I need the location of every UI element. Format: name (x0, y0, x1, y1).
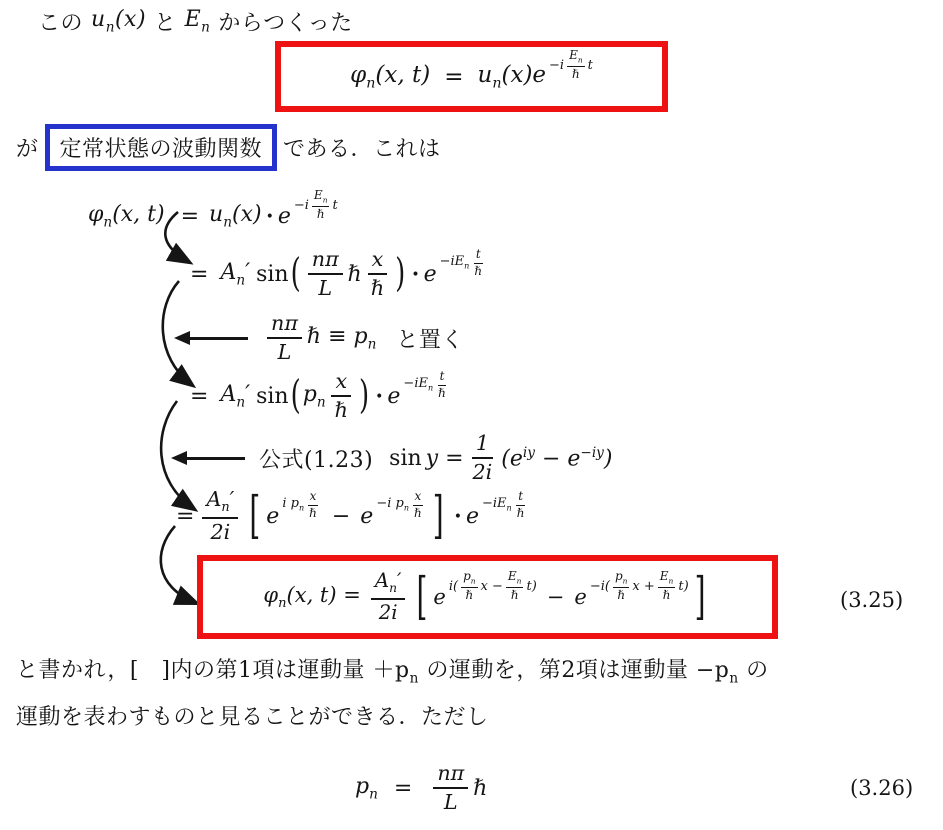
eq-lhs: φn(x, t) = (263, 583, 360, 611)
paragraph-line-2: 運動を表わすものと見ることができる．ただし (16, 700, 489, 731)
sin-function: sin (256, 384, 289, 409)
exp-prefix: −iEn (403, 377, 433, 393)
intro-text: この (38, 6, 83, 37)
right-bracket: ] (695, 566, 706, 625)
exp-prefix: −iEn (482, 497, 512, 513)
hbar-symbol: ℏ (348, 262, 362, 287)
hbar-symbol: ℏ (473, 776, 487, 801)
euler-e: e (278, 204, 291, 229)
exp-prefix: −iEn (440, 255, 470, 271)
derivation-line-2: = An′ sin ( nπ L ℏ x ℏ ) • e −iEn t ℏ (190, 248, 487, 300)
euler-e: e (574, 585, 586, 609)
exp-prefix: −i (294, 199, 309, 212)
fraction-numerator: En (312, 189, 330, 207)
fraction-numerator: x (413, 490, 424, 505)
right-paren: ) (395, 252, 405, 297)
highlight-box-term: 定常状態の波動関数 (45, 124, 278, 171)
fraction: t ℏ (436, 370, 448, 400)
equals-sign: = (190, 262, 208, 287)
exponent: −iEn t ℏ (403, 370, 450, 400)
fraction: x ℏ (307, 490, 319, 520)
fraction-numerator: nπ (433, 762, 468, 789)
fraction-numerator: x (308, 490, 319, 505)
definition-line: が 定常状態の波動関数 である．これは (16, 124, 441, 171)
derivation-line-4: = An′ 2i [ e i pn x ℏ − e −i pn x ℏ (176, 488, 529, 545)
exp-suffix: t (588, 59, 593, 72)
intro-text: と (154, 6, 177, 37)
fraction-denominator: ℏ (412, 506, 424, 520)
exponent: −i( pn ℏ x + En ℏ t) (590, 570, 689, 602)
formula-rhs: (eiy − e−iy) (501, 445, 612, 471)
fraction-denominator: 2i (469, 459, 497, 484)
formula-lhs: y = (426, 446, 464, 471)
math-En: En (185, 7, 211, 35)
fraction-numerator: En (658, 570, 676, 588)
fraction: An′ 2i (202, 488, 238, 545)
sin-function: sin (256, 262, 289, 287)
definition-post: である．これは (283, 132, 441, 163)
equals-sign: = (394, 776, 412, 801)
fraction-numerator: En (567, 49, 585, 67)
intro-text: からつくった (218, 6, 352, 37)
fraction-denominator: ℏ (463, 588, 475, 602)
fraction-numerator: nπ (267, 312, 302, 339)
fraction-denominator: ℏ (472, 264, 484, 278)
equation-stationary-state: φn(x, t) = un(x)e −i En ℏ t (350, 60, 593, 92)
exp-suffix: t) (526, 580, 536, 593)
exponent: −i En ℏ t (294, 189, 338, 221)
highlight-box-stationary-wavefunction: φn(x, t) = un(x)e −i En ℏ t (275, 41, 668, 112)
equals-sign: = (190, 384, 208, 409)
fraction-numerator: x (368, 248, 388, 275)
formula-reference: 公式(1.23) (259, 443, 373, 474)
fraction-denominator: ℏ (509, 588, 521, 602)
fraction-numerator: t (516, 490, 525, 505)
left-bracket: [ (249, 486, 260, 545)
fraction-numerator: pn (461, 570, 477, 588)
fraction: En ℏ (658, 570, 676, 602)
fraction: pn ℏ (613, 570, 629, 602)
exp-term-positive: e i( pn ℏ x − En ℏ t) (433, 581, 536, 613)
fraction-denominator: L (314, 275, 336, 300)
fraction-denominator: ℏ (331, 397, 352, 422)
exponent: i( pn ℏ x − En ℏ t) (449, 570, 537, 602)
dot-operator: • (266, 209, 274, 225)
eq-base: un(x) (209, 202, 262, 230)
scanned-textbook-page: この un(x) と En からつくった φn(x, t) = un(x)e −… (0, 0, 943, 830)
fraction-denominator: ℏ (436, 386, 448, 400)
fraction: An′ 2i (371, 570, 406, 624)
fraction-denominator: L (274, 339, 296, 364)
exp-term-positive: e i pn x ℏ (266, 501, 322, 531)
euler-e: e (466, 504, 479, 529)
exponent: −iEn t ℏ (482, 490, 529, 520)
sin-function: sin (389, 446, 422, 471)
derivation-line-3: = An′ sin ( pn x ℏ ) • e −iEn t ℏ (190, 370, 451, 422)
fraction: En ℏ (506, 570, 524, 602)
fraction: En ℏ (567, 49, 585, 81)
paragraph-line-1: と書かれ，[ ]内の第1項は運動量 ＋pn の運動を，第2項は運動量 −pn の (16, 653, 769, 686)
right-bracket: ] (433, 486, 444, 545)
left-arrow-icon (183, 457, 245, 460)
exp-prefix: i pn (282, 497, 304, 513)
dot-operator: • (411, 267, 419, 283)
euler-e: e (424, 262, 437, 287)
coefficient: An′ (220, 382, 250, 410)
fraction-denominator: ℏ (570, 67, 582, 81)
fraction-denominator: 2i (375, 600, 402, 624)
equals-sign: = (181, 204, 199, 229)
exponent: −iEn t ℏ (440, 248, 487, 278)
exp-prefix: −i pn (376, 497, 409, 513)
fraction-denominator: ℏ (515, 506, 527, 520)
minus-sign: − (547, 585, 565, 609)
fraction: t ℏ (472, 248, 484, 278)
eq-lhs: φn(x, t) (350, 62, 430, 92)
equals-sign: = (444, 64, 463, 90)
fraction-denominator: ℏ (661, 588, 673, 602)
fraction-denominator: 2i (207, 519, 235, 544)
exp-prefix: i( (449, 580, 458, 593)
fraction: 1 2i (469, 432, 497, 484)
fraction: nπ L (308, 248, 343, 300)
fraction-numerator: En (506, 570, 524, 588)
fraction-numerator: x (331, 370, 351, 397)
equation-3-25: φn(x, t) = An′ 2i [ e i( pn ℏ x − En ℏ (263, 570, 711, 624)
fraction: x ℏ (367, 248, 388, 300)
fraction: x ℏ (331, 370, 352, 422)
coefficient: An′ (220, 260, 250, 288)
math-un-x: un(x) (91, 7, 146, 35)
derivation-line-1: φn(x, t) = un(x) • e −i En ℏ t (88, 200, 338, 232)
annotation-note: と置く (396, 323, 464, 354)
fraction-numerator: t (438, 370, 447, 385)
fraction-denominator: ℏ (307, 506, 319, 520)
fraction-numerator: An′ (371, 570, 406, 600)
left-arrow-icon (186, 337, 248, 340)
equation-number-3-25: (3.25) (840, 588, 903, 612)
fraction-numerator: 1 (472, 432, 493, 459)
exp-middle: x + (632, 580, 654, 593)
left-bracket: [ (416, 566, 427, 625)
dot-operator: • (454, 509, 462, 525)
intro-line: この un(x) と En からつくった (38, 6, 353, 37)
momentum-pn: pn (303, 382, 326, 410)
fraction: En ℏ (312, 189, 330, 221)
eq-base: un(x)e (477, 62, 546, 92)
fraction-numerator: An′ (202, 488, 238, 519)
exp-prefix: −i (549, 59, 564, 72)
annotation-formula: 公式(1.23) sin y = 1 2i (eiy − e−iy) (183, 432, 612, 484)
left-paren: ( (291, 374, 301, 419)
left-paren: ( (291, 252, 301, 297)
fraction: nπ L (267, 312, 302, 364)
dot-operator: • (375, 389, 383, 405)
fraction-denominator: L (440, 789, 462, 814)
fraction: x ℏ (412, 490, 424, 520)
euler-e: e (360, 504, 373, 529)
euler-e: e (387, 384, 400, 409)
exp-term-negative: e −i( pn ℏ x + En ℏ t) (574, 581, 688, 613)
fraction: pn ℏ (461, 570, 477, 602)
exponent: −i En ℏ t (549, 49, 593, 81)
euler-e: e (433, 585, 445, 609)
right-paren: ) (359, 374, 369, 419)
annotation-substitution: nπ L ℏ ≡ pn と置く (186, 312, 464, 364)
exponent: i pn x ℏ (282, 490, 322, 520)
exp-middle: x − (481, 580, 503, 593)
eq-lhs: φn(x, t) (88, 202, 165, 230)
fraction: nπ L (433, 762, 468, 814)
exp-prefix: −i( (590, 580, 610, 593)
fraction-numerator: pn (613, 570, 629, 588)
highlight-box-result-equation: φn(x, t) = An′ 2i [ e i( pn ℏ x − En ℏ (197, 555, 778, 639)
momentum-pn: pn (355, 774, 378, 802)
definition-pn: ℏ ≡ pn (307, 324, 376, 352)
equation-number-3-26: (3.26) (850, 776, 913, 800)
fraction-denominator: ℏ (315, 207, 327, 221)
exp-term-negative: e −i pn x ℏ (360, 501, 426, 531)
exp-suffix: t) (678, 580, 688, 593)
fraction: t ℏ (515, 490, 527, 520)
fraction-numerator: nπ (308, 248, 343, 275)
equals-sign: = (176, 504, 194, 529)
fraction-denominator: ℏ (367, 275, 388, 300)
fraction-numerator: t (474, 248, 483, 263)
exponent: −i pn x ℏ (376, 490, 426, 520)
minus-sign: − (332, 504, 350, 529)
fraction-denominator: ℏ (615, 588, 627, 602)
euler-e: e (266, 504, 279, 529)
equation-3-26: pn = nπ L ℏ (355, 762, 487, 814)
definition-pre: が (16, 132, 39, 163)
exp-suffix: t (332, 199, 337, 212)
